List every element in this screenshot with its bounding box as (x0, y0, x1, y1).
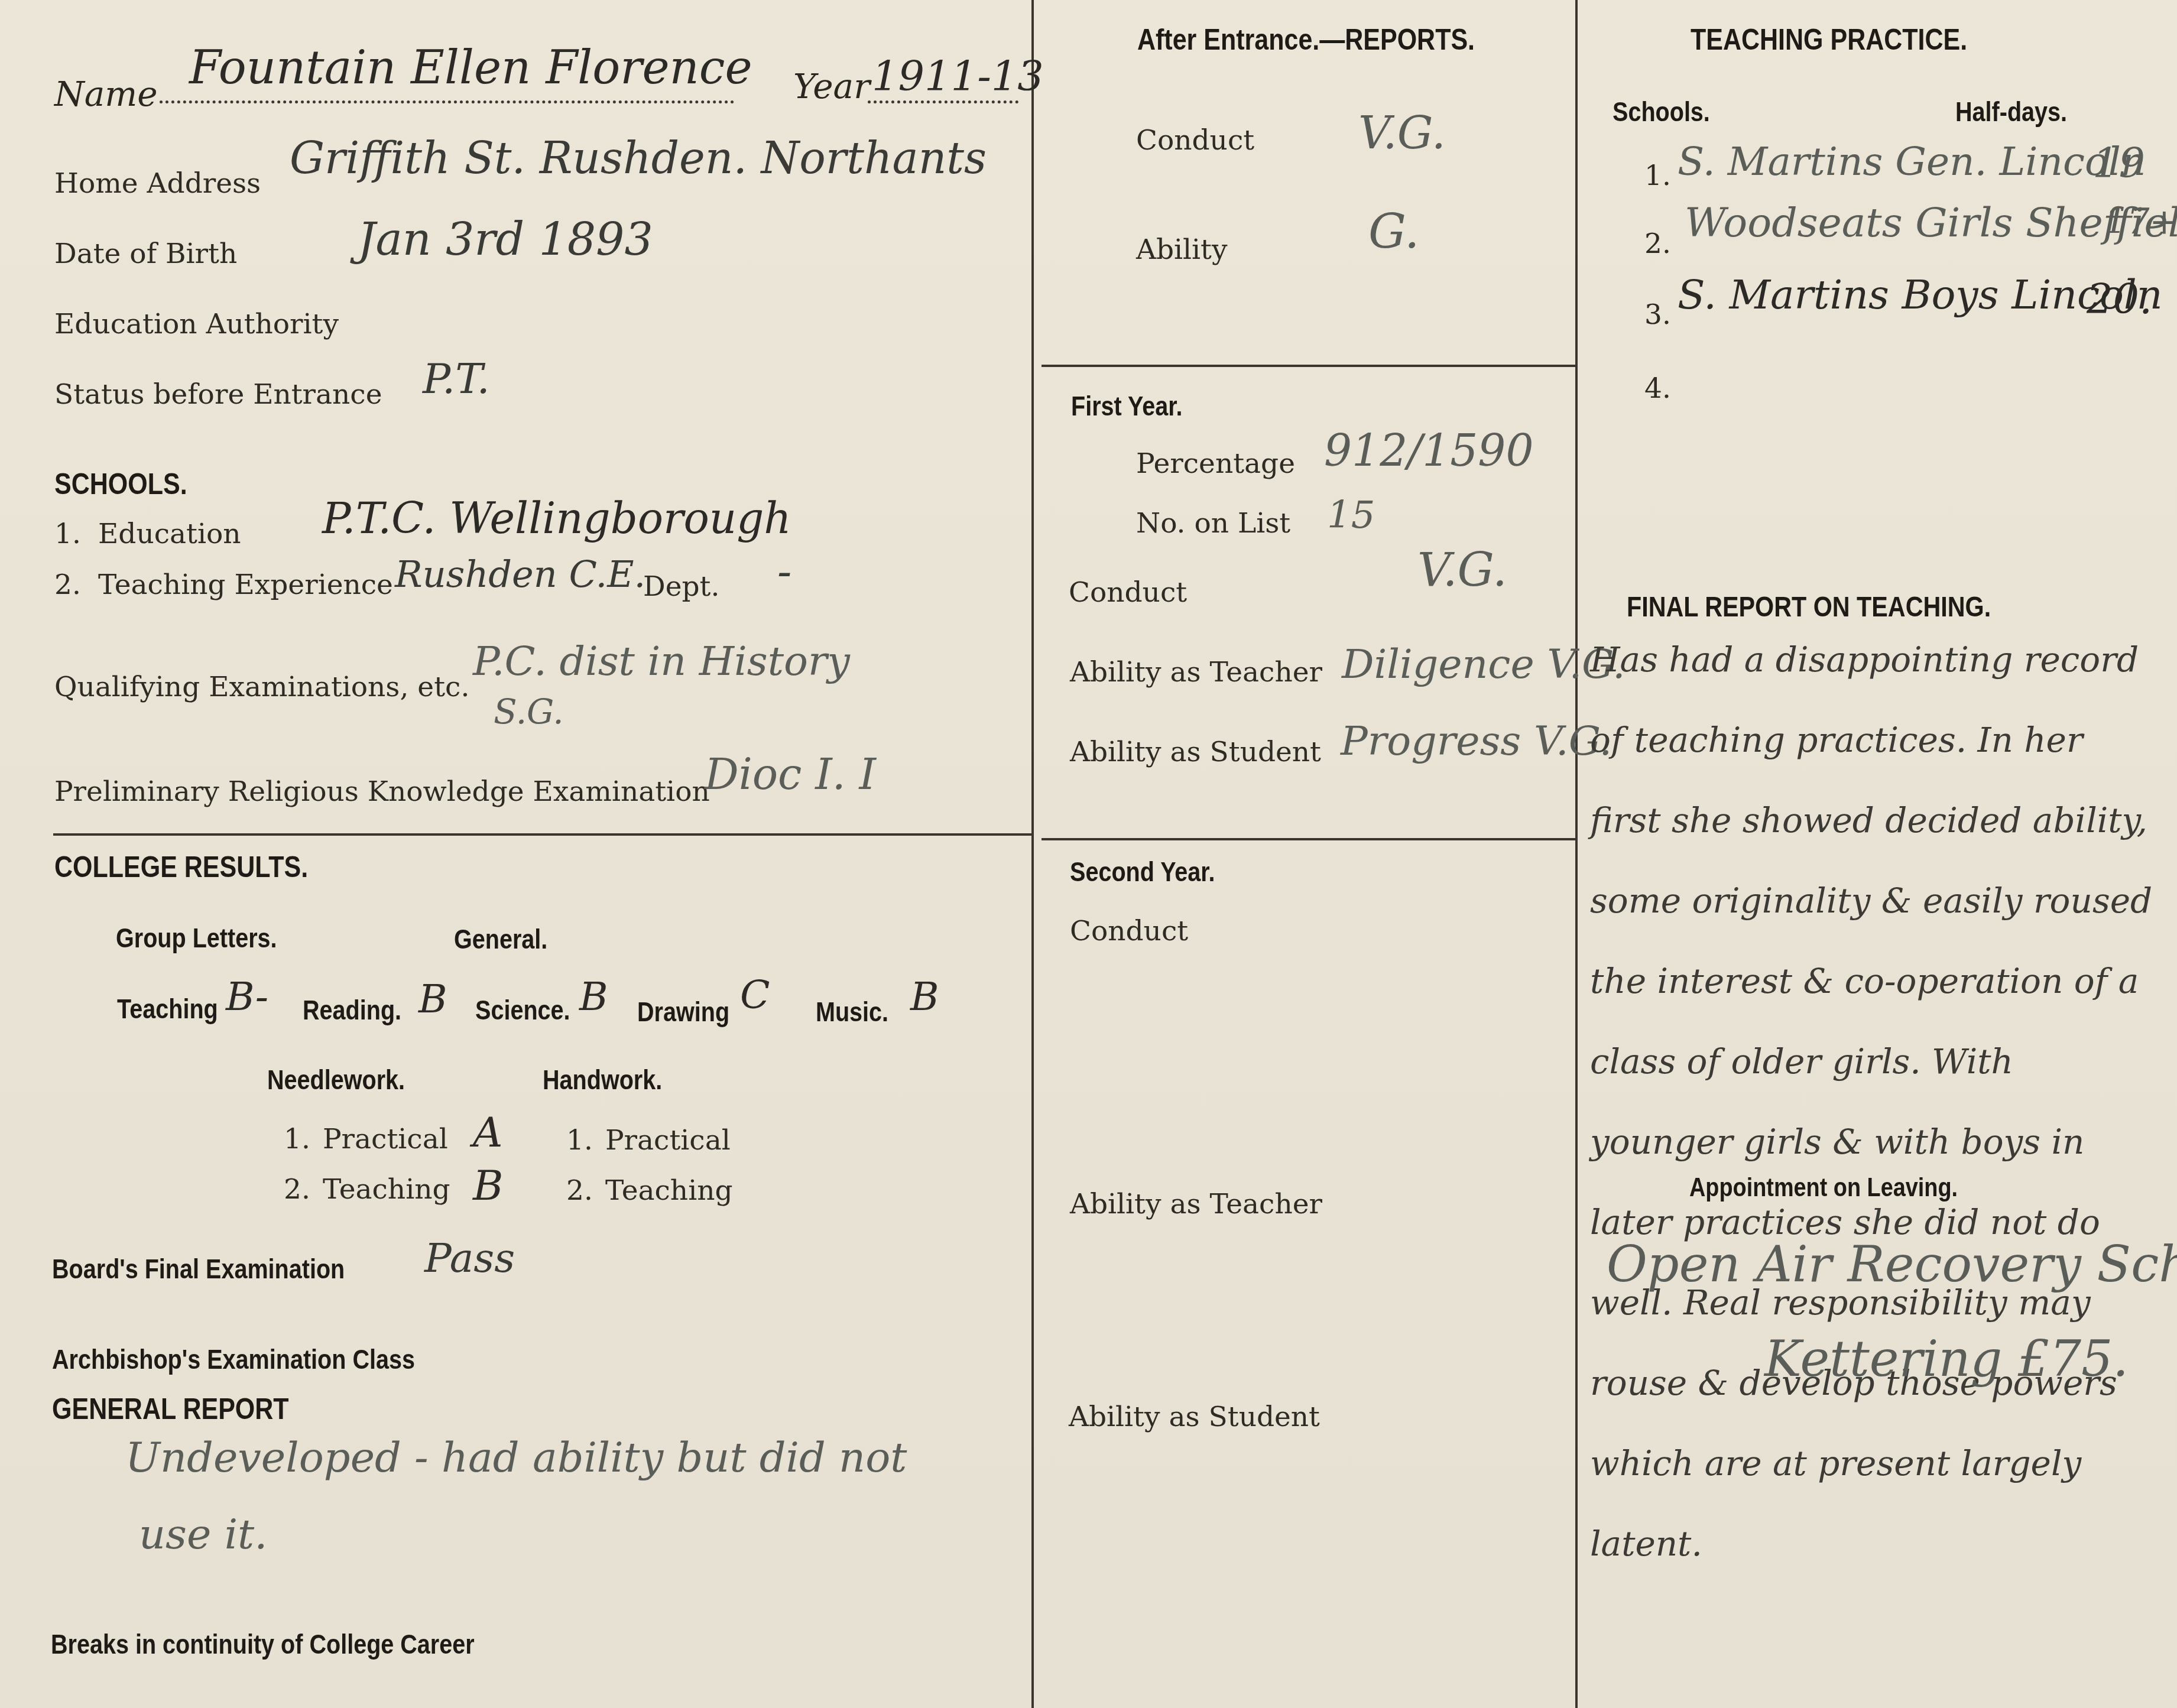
percentage-value: 912/1590 (1324, 426, 1534, 476)
grade-science-label: Science. (475, 994, 570, 1026)
home-address-value: Griffith St. Rushden. Northants (290, 133, 987, 184)
year-label: Year (793, 66, 870, 106)
dob-label: Date of Birth (54, 238, 237, 270)
year-value: 1911-13 (872, 52, 1044, 100)
general-label: General. (454, 923, 547, 955)
prelim-religious-label: Preliminary Religious Knowledge Examinat… (54, 775, 710, 808)
first-teacher-value: Diligence V.G. (1342, 641, 1626, 688)
practice-2-school: Woodseats Girls Sheffield (1685, 200, 2177, 246)
needlework-practical-value: A (473, 1108, 503, 1157)
first-teacher-label: Ability as Teacher (1070, 656, 1322, 689)
practice-2-half-days: 17+3 (2104, 201, 2177, 242)
handwork-label: Handwork. (543, 1064, 662, 1096)
practice-2-num: 2. (1644, 228, 1671, 260)
practice-3-num: 3. (1644, 298, 1671, 331)
final-report-heading: FINAL REPORT ON TEACHING. (1627, 591, 1991, 624)
college-results-heading: COLLEGE RESULTS. (54, 850, 308, 884)
appointment-line-2: Kettering £75. (1764, 1330, 2129, 1388)
prelim-religious-value: Dioc I. I (705, 749, 876, 799)
qualifying-value-1: P.C. dist in History (473, 638, 850, 685)
list-value: 15 (1327, 493, 1375, 537)
general-report-heading: GENERAL REPORT (52, 1392, 289, 1426)
first-conduct-label: Conduct (1069, 576, 1187, 609)
general-report-line-1: Undeveloped - had ability but did not (125, 1433, 907, 1482)
first-conduct-value: V.G. (1417, 544, 1507, 597)
practice-3-half-days: 20. (2087, 275, 2152, 323)
entrance-conduct-label: Conduct (1136, 124, 1254, 157)
practice-1-num: 1. (1644, 160, 1671, 192)
education-authority-label: Education Authority (54, 308, 339, 340)
qualifying-label: Qualifying Examinations, etc. (54, 671, 469, 703)
handwork-teaching-num: 2. (566, 1174, 593, 1207)
first-student-value: Progress V.G. (1341, 718, 1612, 765)
first-year-heading: First Year. (1071, 390, 1182, 422)
school-2-value: Rushden C.E. (395, 553, 645, 596)
practice-1-school: S. Martins Gen. Lincoln (1678, 139, 2146, 184)
entrance-ability-label: Ability (1136, 233, 1228, 266)
column-divider-2 (1575, 0, 1578, 1708)
entrance-ability-value: G. (1368, 204, 1419, 259)
section-divider-second-year (1042, 838, 1575, 840)
qualifying-value-2: S.G. (494, 691, 564, 732)
practice-4-num: 4. (1644, 372, 1671, 405)
grade-reading-label: Reading. (303, 994, 401, 1026)
school-1-label: Education (98, 518, 241, 550)
needlework-practical-num: 1. (284, 1123, 310, 1155)
section-divider-first-year (1042, 365, 1575, 367)
archbishop-label: Archbishop's Examination Class (52, 1343, 415, 1375)
grade-reading-value: B (418, 976, 447, 1022)
list-label: No. on List (1136, 507, 1290, 540)
grade-music-value: B (910, 974, 939, 1019)
dob-value: Jan 3rd 1893 (358, 213, 653, 265)
handwork-practical-num: 1. (566, 1124, 593, 1157)
year-underline (868, 100, 1018, 103)
school-2-num: 2. (54, 569, 81, 601)
grade-drawing-label: Drawing (637, 996, 729, 1028)
entrance-conduct-value: V.G. (1358, 106, 1446, 159)
handwork-teaching-label: Teaching (605, 1174, 733, 1207)
final-report-text: Has had a disappointing record of teachi… (1590, 619, 2157, 1584)
half-days-col-label: Half-days. (1955, 96, 2067, 128)
school-2-label: Teaching Experience (98, 569, 393, 601)
boards-final-label: Board's Final Examination (52, 1253, 345, 1285)
boards-final-value: Pass (424, 1235, 515, 1282)
dept-label: Dept. (643, 570, 719, 603)
grade-music-label: Music. (816, 996, 888, 1028)
appointment-heading: Appointment on Leaving. (1689, 1173, 1958, 1203)
first-student-label: Ability as Student (1070, 736, 1321, 768)
section-divider-college (53, 833, 1033, 836)
second-conduct-label: Conduct (1070, 915, 1188, 947)
grade-teaching-label: Teaching (117, 993, 218, 1025)
status-value: P.T. (423, 355, 490, 403)
general-report-line-2: use it. (139, 1510, 267, 1558)
practice-1-half-days: 19 (2092, 139, 2145, 187)
breaks-label: Breaks in continuity of College Career (51, 1628, 475, 1660)
status-label: Status before Entrance (54, 378, 382, 411)
grade-science-value: B (579, 974, 608, 1019)
handwork-practical-label: Practical (605, 1124, 731, 1157)
needlework-practical-label: Practical (323, 1123, 448, 1155)
percentage-label: Percentage (1136, 447, 1295, 480)
student-record-card: Name Fountain Ellen Florence Year 1911-1… (0, 0, 2177, 1708)
grade-teaching-value: B- (226, 974, 268, 1019)
teaching-practice-heading: TEACHING PRACTICE. (1691, 22, 1967, 57)
grade-drawing-value: C (740, 972, 770, 1018)
schools-col-label: Schools. (1613, 96, 1710, 128)
reports-heading: After Entrance.—REPORTS. (1137, 22, 1475, 57)
name-label: Name (54, 74, 158, 114)
dept-value: - (777, 547, 791, 596)
column-divider-1 (1031, 0, 1034, 1708)
needlework-teaching-label: Teaching (323, 1173, 450, 1206)
name-underline (160, 100, 734, 103)
needlework-label: Needlework. (267, 1064, 405, 1096)
second-teacher-label: Ability as Teacher (1070, 1188, 1322, 1220)
school-1-value: P.T.C. Wellingborough (322, 493, 791, 543)
needlework-teaching-num: 2. (284, 1173, 310, 1206)
group-letters-label: Group Letters. (116, 922, 277, 954)
appointment-line-1: Open Air Recovery School (1607, 1235, 2177, 1293)
second-student-label: Ability as Student (1069, 1401, 1320, 1433)
schools-heading: SCHOOLS. (54, 467, 187, 501)
name-value: Fountain Ellen Florence (189, 41, 752, 95)
needlework-teaching-value: B (473, 1161, 503, 1210)
school-1-num: 1. (54, 518, 81, 550)
second-year-heading: Second Year. (1070, 856, 1215, 888)
home-address-label: Home Address (54, 167, 261, 200)
